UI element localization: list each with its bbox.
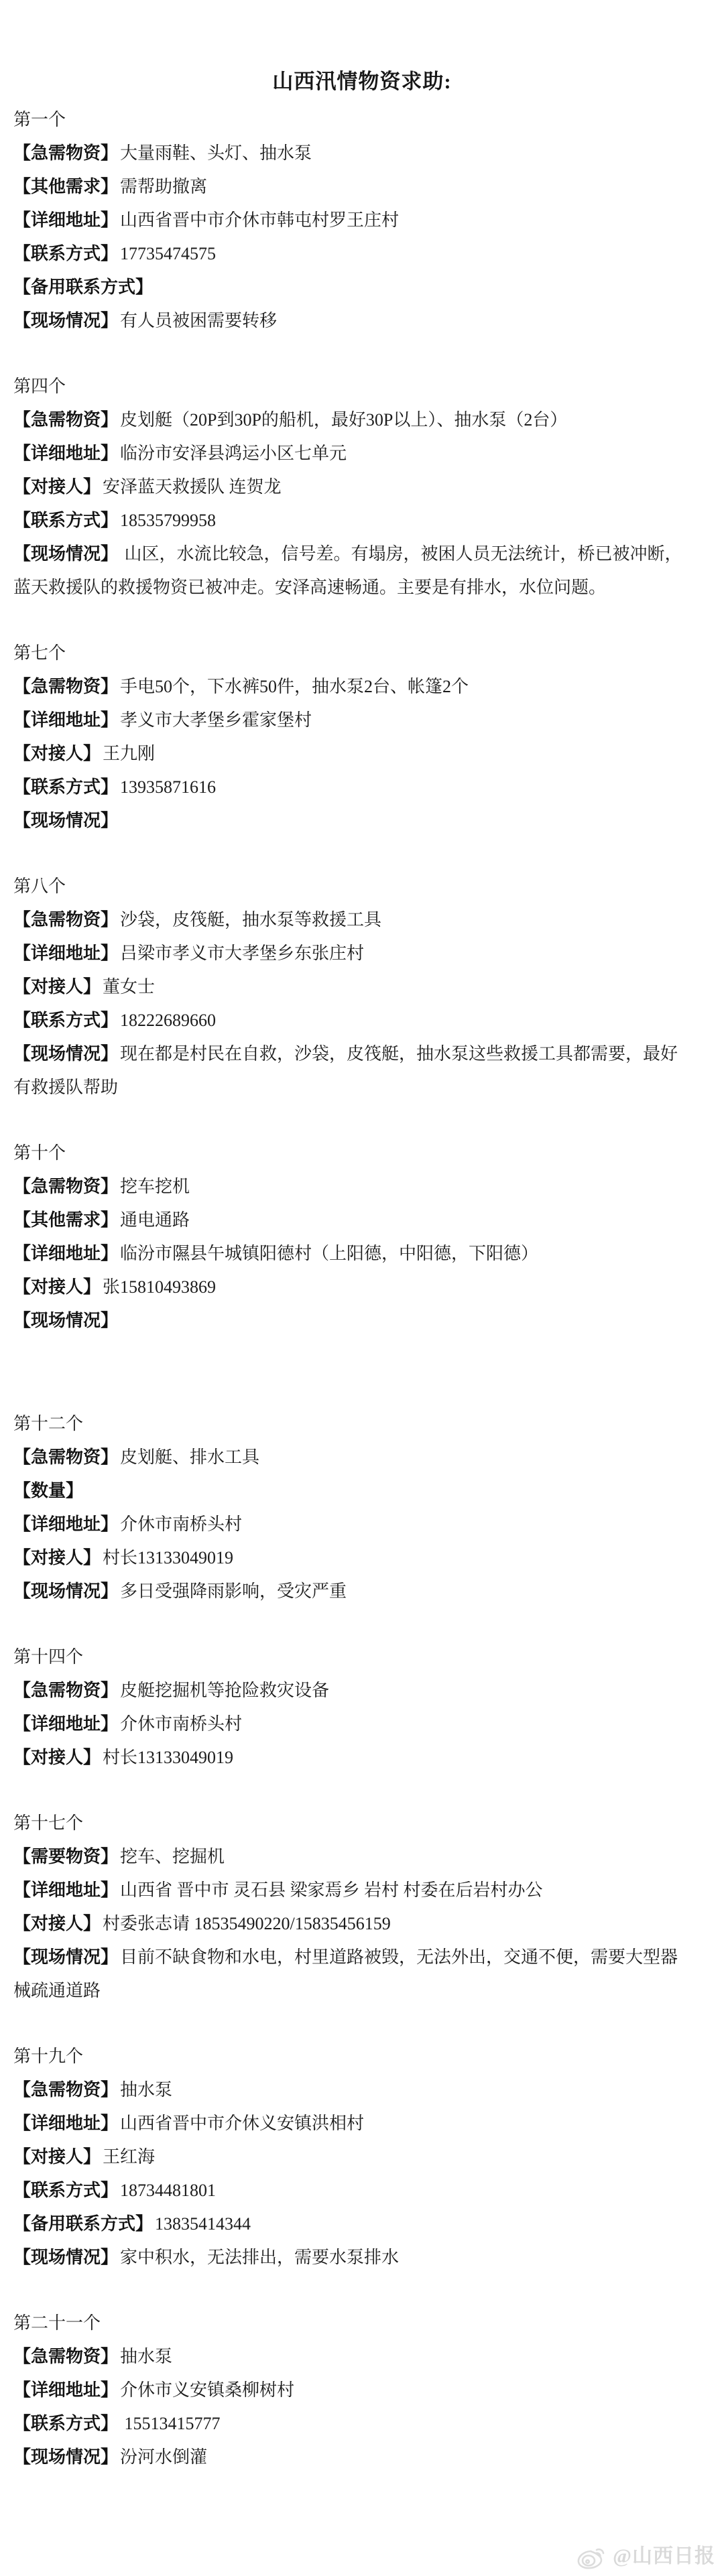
field-line: 【详细地址】介休市南桥头村 [13,1708,711,1741]
field-label: 【对接人】 [13,1548,101,1567]
field-value: 介休市义安镇桑柳树村 [120,2380,294,2400]
field-line: 【详细地址】山西省晋中市介休义安镇洪相村 [13,2107,711,2140]
field-label: 【联系方式】 [13,2414,118,2433]
field-value: 15513415777 [120,2414,221,2433]
field-label: 【备用联系方式】 [13,2214,153,2234]
aid-request-section: 第十九个【急需物资】抽水泵【详细地址】山西省晋中市介休义安镇洪相村【对接人】王红… [13,2040,711,2274]
field-value: 13835414344 [155,2214,251,2234]
field-line: 【联系方式】18734481801 [13,2174,711,2207]
section-header: 第十四个 [13,1640,711,1674]
field-line: 【联系方式】 15513415777 [13,2407,711,2441]
field-value: 18535799958 [120,511,216,530]
aid-request-section: 第十四个【急需物资】皮艇挖掘机等抢险救灾设备【详细地址】介休市南桥头村【对接人】… [13,1640,711,1775]
field-line: 【对接人】王红海 [13,2140,711,2174]
field-label: 【对接人】 [13,744,101,763]
field-value: 张15810493869 [103,1277,216,1297]
field-label: 【需要物资】 [13,1847,118,1866]
field-value: 大量雨鞋、头灯、抽水泵 [120,143,312,163]
field-label: 【急需物资】 [13,677,118,696]
field-line: 【详细地址】吕梁市孝义市大孝堡乡东张庄村 [13,937,711,970]
field-label: 【对接人】 [13,2147,101,2167]
field-line: 【详细地址】山西省晋中市介休市韩屯村罗王庄村 [13,204,711,237]
field-label: 【急需物资】 [13,1681,118,1700]
field-line: 【联系方式】18535799958 [13,504,711,537]
field-label: 【联系方式】 [13,511,118,530]
field-line: 【急需物资】抽水泵 [13,2340,711,2374]
field-label: 【对接人】 [13,1277,101,1297]
field-label: 【联系方式】 [13,2181,118,2200]
field-line: 【对接人】村委张志请 18535490220/15835456159 [13,1907,711,1941]
section-header: 第十九个 [13,2040,711,2073]
field-value: 18222689660 [120,1011,216,1030]
watermark-handle: @山西日报 [613,2545,715,2568]
field-label: 【详细地址】 [13,1244,118,1263]
field-line: 【急需物资】沙袋，皮筏艇，抽水泵等救援工具 [13,903,711,937]
field-value: 介休市南桥头村 [120,1714,242,1734]
field-line: 【现场情况】多日受强降雨影响，受灾严重 [13,1575,711,1608]
field-label: 【详细地址】 [13,710,118,730]
field-value: 皮划艇、排水工具 [120,1447,259,1467]
field-value: 村长13133049019 [103,1548,233,1567]
aid-request-section: 第十七个【需要物资】挖车、挖掘机【详细地址】山西省 晋中市 灵石县 梁家焉乡 岩… [13,1807,711,2008]
aid-request-section: 第一个【急需物资】大量雨鞋、头灯、抽水泵【其他需求】需帮助撤离【详细地址】山西省… [13,103,711,338]
field-value: 安泽蓝天救援队 连贺龙 [103,477,282,497]
field-value: 手电50个，下水裤50件，抽水泵2台、帐篷2个 [120,677,469,696]
sections-container: 第一个【急需物资】大量雨鞋、头灯、抽水泵【其他需求】需帮助撤离【详细地址】山西省… [0,103,724,2474]
field-value: 山西省晋中市介休义安镇洪相村 [120,2114,364,2133]
field-line: 【详细地址】介休市南桥头村 [13,1508,711,1541]
field-value: 18734481801 [120,2181,216,2200]
field-label: 【详细地址】 [13,210,118,230]
field-label: 【详细地址】 [13,1880,118,1900]
field-line: 【急需物资】大量雨鞋、头灯、抽水泵 [13,137,711,170]
field-line: 【现场情况】 [13,804,711,838]
field-value: 挖车挖机 [120,1177,190,1196]
field-value: 王红海 [103,2147,155,2167]
section-header: 第七个 [13,637,711,670]
field-label: 【详细地址】 [13,1714,118,1734]
field-line: 【现场情况】 山区，水流比较急，信号差。有塌房，被困人员无法统计，桥已被冲断， … [13,537,711,604]
field-value: 17735474575 [120,244,216,263]
field-line: 【现场情况】家中积水，无法排出，需要水泵排水 [13,2241,711,2274]
field-label: 【详细地址】 [13,444,118,463]
field-line: 【急需物资】皮艇挖掘机等抢险救灾设备 [13,1674,711,1708]
aid-request-section: 第七个【急需物资】手电50个，下水裤50件，抽水泵2台、帐篷2个【详细地址】孝义… [13,637,711,838]
field-value: 临汾市隰县午城镇阳德村（上阳德，中阳德，下阳德） [120,1244,538,1263]
field-value: 多日受强降雨影响，受灾严重 [120,1582,347,1601]
field-label: 【对接人】 [13,477,101,497]
field-value: 沙袋，皮筏艇，抽水泵等救援工具 [120,910,381,929]
section-header: 第十二个 [13,1407,711,1441]
field-label: 【详细地址】 [13,2114,118,2133]
section-header: 第十个 [13,1137,711,1170]
field-value: 介休市南桥头村 [120,1515,242,1534]
field-line: 【对接人】村长13133049019 [13,1541,711,1575]
field-label: 【对接人】 [13,977,101,996]
field-line: 【备用联系方式】13835414344 [13,2207,711,2241]
field-label: 【现场情况】 [13,2248,118,2267]
field-label: 【联系方式】 [13,777,118,797]
field-label: 【其他需求】 [13,177,118,196]
field-label: 【现场情况】 [13,544,118,564]
field-line: 【对接人】张15810493869 [13,1271,711,1304]
field-line: 【详细地址】山西省 晋中市 灵石县 梁家焉乡 岩村 村委在后岩村办公 [13,1874,711,1907]
field-line: 【现场情况】 [13,1304,711,1338]
field-value: 抽水泵 [120,2347,172,2366]
field-label: 【数量】 [13,1481,83,1500]
field-line: 【对接人】董女士 [13,970,711,1004]
field-line: 【其他需求】通电通路 [13,1204,711,1237]
section-header: 第一个 [13,103,711,137]
field-line: 【其他需求】需帮助撤离 [13,170,711,204]
field-label: 【对接人】 [13,1914,101,1933]
field-label: 【急需物资】 [13,2347,118,2366]
field-line: 【需要物资】挖车、挖掘机 [13,1840,711,1874]
field-label: 【急需物资】 [13,1177,118,1196]
field-line: 【详细地址】介休市义安镇桑柳树村 [13,2374,711,2407]
field-value: 有人员被困需要转移 [120,311,277,330]
field-value: 皮艇挖掘机等抢险救灾设备 [120,1681,329,1700]
field-value: 村委张志请 18535490220/15835456159 [103,1914,391,1933]
field-line: 【急需物资】手电50个，下水裤50件，抽水泵2台、帐篷2个 [13,670,711,704]
field-line: 【备用联系方式】 [13,271,711,304]
field-line: 【对接人】村长13133049019 [13,1741,711,1775]
field-line: 【急需物资】皮划艇（20P到30P的船机，最好30P以上）、抽水泵（2台） [13,403,711,437]
field-value: 抽水泵 [120,2080,172,2100]
section-header: 第十七个 [13,1807,711,1840]
field-label: 【急需物资】 [13,2080,118,2100]
field-line: 【现场情况】汾河水倒灌 [13,2441,711,2474]
field-value: 临汾市安泽县鸿运小区七单元 [120,444,347,463]
field-line: 【联系方式】18222689660 [13,1004,711,1037]
section-header: 第八个 [13,870,711,903]
section-header: 第二十一个 [13,2307,711,2340]
field-label: 【急需物资】 [13,910,118,929]
field-line: 【急需物资】皮划艇、排水工具 [13,1441,711,1474]
field-value: 13935871616 [120,777,216,797]
field-label: 【联系方式】 [13,1011,118,1030]
field-label: 【对接人】 [13,1748,101,1767]
field-label: 【现场情况】 [13,1947,118,1967]
field-line: 【对接人】安泽蓝天救援队 连贺龙 [13,470,711,504]
field-line: 【急需物资】挖车挖机 [13,1170,711,1204]
aid-request-section: 第十二个【急需物资】皮划艇、排水工具【数量】【详细地址】介休市南桥头村【对接人】… [13,1407,711,1608]
field-label: 【现场情况】 [13,1582,118,1601]
field-line: 【联系方式】17735474575 [13,237,711,271]
field-line: 【对接人】王九刚 [13,737,711,771]
field-value: 通电通路 [120,1210,190,1230]
flood-aid-document: 山西汛情物资求助: 第一个【急需物资】大量雨鞋、头灯、抽水泵【其他需求】需帮助撤… [0,0,724,2576]
field-value: 山西省晋中市介休市韩屯村罗王庄村 [120,210,399,230]
field-value: 山西省 晋中市 灵石县 梁家焉乡 岩村 村委在后岩村办公 [120,1880,543,1900]
field-label: 【详细地址】 [13,2380,118,2400]
field-label: 【现场情况】 [13,1044,118,1064]
field-line: 【详细地址】临汾市安泽县鸿运小区七单元 [13,437,711,470]
section-header: 第四个 [13,370,711,403]
field-value: 吕梁市孝义市大孝堡乡东张庄村 [120,944,364,963]
field-value: 皮划艇（20P到30P的船机，最好30P以上）、抽水泵（2台） [120,410,567,430]
field-value: 挖车、挖掘机 [120,1847,225,1866]
field-value: 家中积水，无法排出，需要水泵排水 [120,2248,399,2267]
field-label: 【急需物资】 [13,410,118,430]
field-label: 【其他需求】 [13,1210,118,1230]
field-label: 【备用联系方式】 [13,277,153,297]
aid-request-section: 第十个【急需物资】挖车挖机【其他需求】通电通路【详细地址】临汾市隰县午城镇阳德村… [13,1137,711,1338]
aid-request-section: 第四个【急需物资】皮划艇（20P到30P的船机，最好30P以上）、抽水泵（2台）… [13,370,711,604]
field-label: 【急需物资】 [13,143,118,163]
field-line: 【现场情况】现在都是村民在自救，沙袋，皮筏艇，抽水泵这些救援工具都需要，最好 有… [13,1037,711,1104]
field-value: 村长13133049019 [103,1748,233,1767]
field-label: 【详细地址】 [13,944,118,963]
field-label: 【急需物资】 [13,1447,118,1467]
field-value: 孝义市大孝堡乡霍家堡村 [120,710,312,730]
aid-request-section: 第八个【急需物资】沙袋，皮筏艇，抽水泵等救援工具【详细地址】吕梁市孝义市大孝堡乡… [13,870,711,1104]
field-label: 【现场情况】 [13,1311,118,1330]
field-line: 【现场情况】目前不缺食物和水电，村里道路被毁，无法外出，交通不便，需要大型器 械… [13,1941,711,2008]
field-label: 【现场情况】 [13,811,118,830]
field-value: 需帮助撤离 [120,177,207,196]
field-value: 董女士 [103,977,155,996]
page-title: 山西汛情物资求助: [0,0,724,98]
aid-request-section: 第二十一个【急需物资】抽水泵【详细地址】介休市义安镇桑柳树村【联系方式】 155… [13,2307,711,2474]
field-line: 【详细地址】临汾市隰县午城镇阳德村（上阳德，中阳德，下阳德） [13,1237,711,1271]
field-line: 【详细地址】孝义市大孝堡乡霍家堡村 [13,704,711,737]
field-line: 【数量】 [13,1474,711,1508]
field-line: 【现场情况】有人员被困需要转移 [13,304,711,338]
field-value: 王九刚 [103,744,155,763]
field-label: 【详细地址】 [13,1515,118,1534]
watermark: @山西日报 [576,2543,715,2570]
field-label: 【现场情况】 [13,2447,118,2467]
field-line: 【联系方式】13935871616 [13,771,711,804]
field-line: 【急需物资】抽水泵 [13,2073,711,2107]
field-value: 汾河水倒灌 [120,2447,207,2467]
field-label: 【联系方式】 [13,244,118,263]
field-label: 【现场情况】 [13,311,118,330]
weibo-icon [576,2543,608,2570]
